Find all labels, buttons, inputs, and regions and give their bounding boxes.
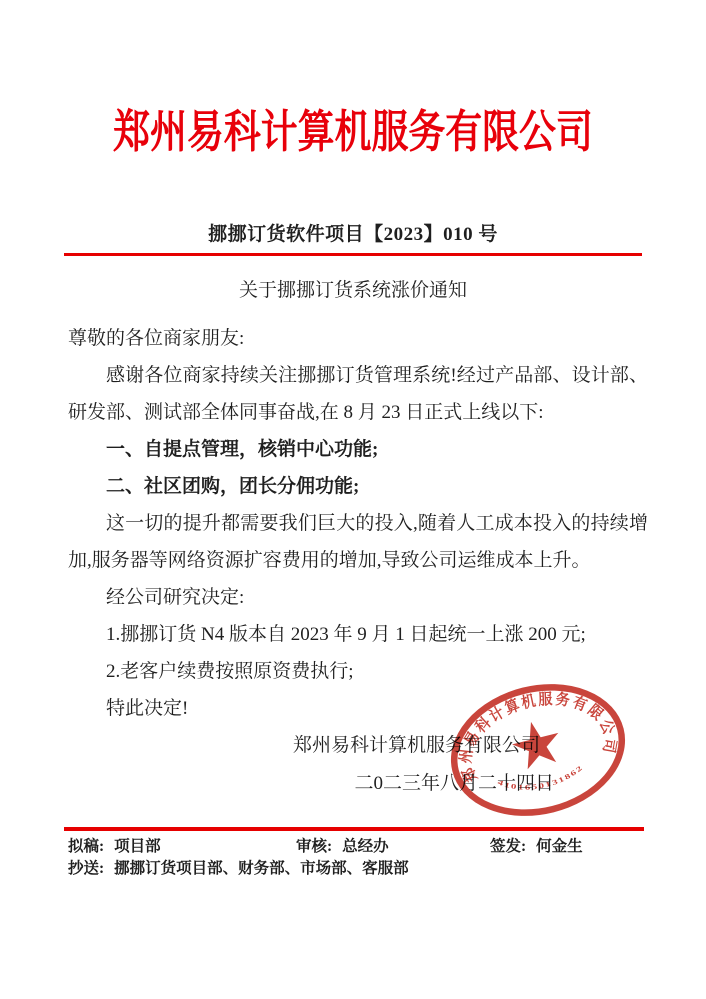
signature-date: 二0二三年八月二十四日 [68, 765, 648, 803]
issuer-label: 签发: [490, 838, 526, 855]
body-paragraph: 感谢各位商家持续关注挪挪订货管理系统!经过产品部、设计部、研发部、测试部全体同事… [68, 357, 648, 431]
footer-divider-line [64, 827, 644, 831]
signature-company: 郑州易科计算机服务有限公司 [68, 727, 648, 765]
salutation: 尊敬的各位商家朋友: [68, 320, 648, 357]
drafter-label: 拟稿: [68, 838, 104, 855]
body-paragraph: 这一切的提升都需要我们巨大的投入,随着人工成本投入的持续增加,服务器等网络资源扩… [68, 505, 648, 579]
reviewer-value: 总经办 [342, 838, 389, 855]
issuer-field: 签发:何金生 [490, 836, 583, 858]
footer-row-2: 抄送:挪挪订货项目部、财务部、市场部、客服部 [68, 858, 666, 880]
drafter-value: 项目部 [114, 838, 161, 855]
reviewer-field: 审核:总经办 [296, 836, 389, 858]
signature-block: 郑州易科计算机服务有限公司 二0二三年八月二十四日 [68, 727, 648, 803]
issuer-value: 何金生 [536, 838, 583, 855]
letter-body: 尊敬的各位商家朋友: 感谢各位商家持续关注挪挪订货管理系统!经过产品部、设计部、… [0, 320, 706, 803]
body-paragraph: 特此决定! [68, 690, 648, 727]
document-number: 挪挪订货软件项目【2023】010 号 [0, 222, 706, 248]
cc-value: 挪挪订货项目部、财务部、市场部、客服部 [114, 860, 409, 877]
body-paragraph: 2.老客户续费按照原资费执行; [68, 653, 648, 690]
document-page: 郑州易科计算机服务有限公司 挪挪订货软件项目【2023】010 号 关于挪挪订货… [0, 0, 706, 999]
body-paragraph: 二、社区团购，团长分佣功能; [68, 468, 648, 505]
header-divider-line [64, 253, 642, 256]
company-letterhead: 郑州易科计算机服务有限公司 [64, 0, 643, 164]
body-paragraph: 经公司研究决定: [68, 579, 648, 616]
subject-title: 关于挪挪订货系统涨价通知 [0, 278, 706, 304]
body-paragraph: 1.挪挪订货 N4 版本自 2023 年 9 月 1 日起统一上涨 200 元; [68, 616, 648, 653]
cc-label: 抄送: [68, 860, 104, 877]
paragraph-list: 感谢各位商家持续关注挪挪订货管理系统!经过产品部、设计部、研发部、测试部全体同事… [68, 357, 648, 727]
body-paragraph: 一、自提点管理，核销中心功能; [68, 431, 648, 468]
drafter-field: 拟稿:项目部 [68, 836, 161, 858]
reviewer-label: 审核: [296, 838, 332, 855]
footer: 拟稿:项目部 审核:总经办 签发:何金生 抄送:挪挪订货项目部、财务部、市场部、… [68, 836, 666, 880]
footer-row-1: 拟稿:项目部 审核:总经办 签发:何金生 [68, 836, 666, 858]
cc-field: 抄送:挪挪订货项目部、财务部、市场部、客服部 [68, 858, 409, 880]
